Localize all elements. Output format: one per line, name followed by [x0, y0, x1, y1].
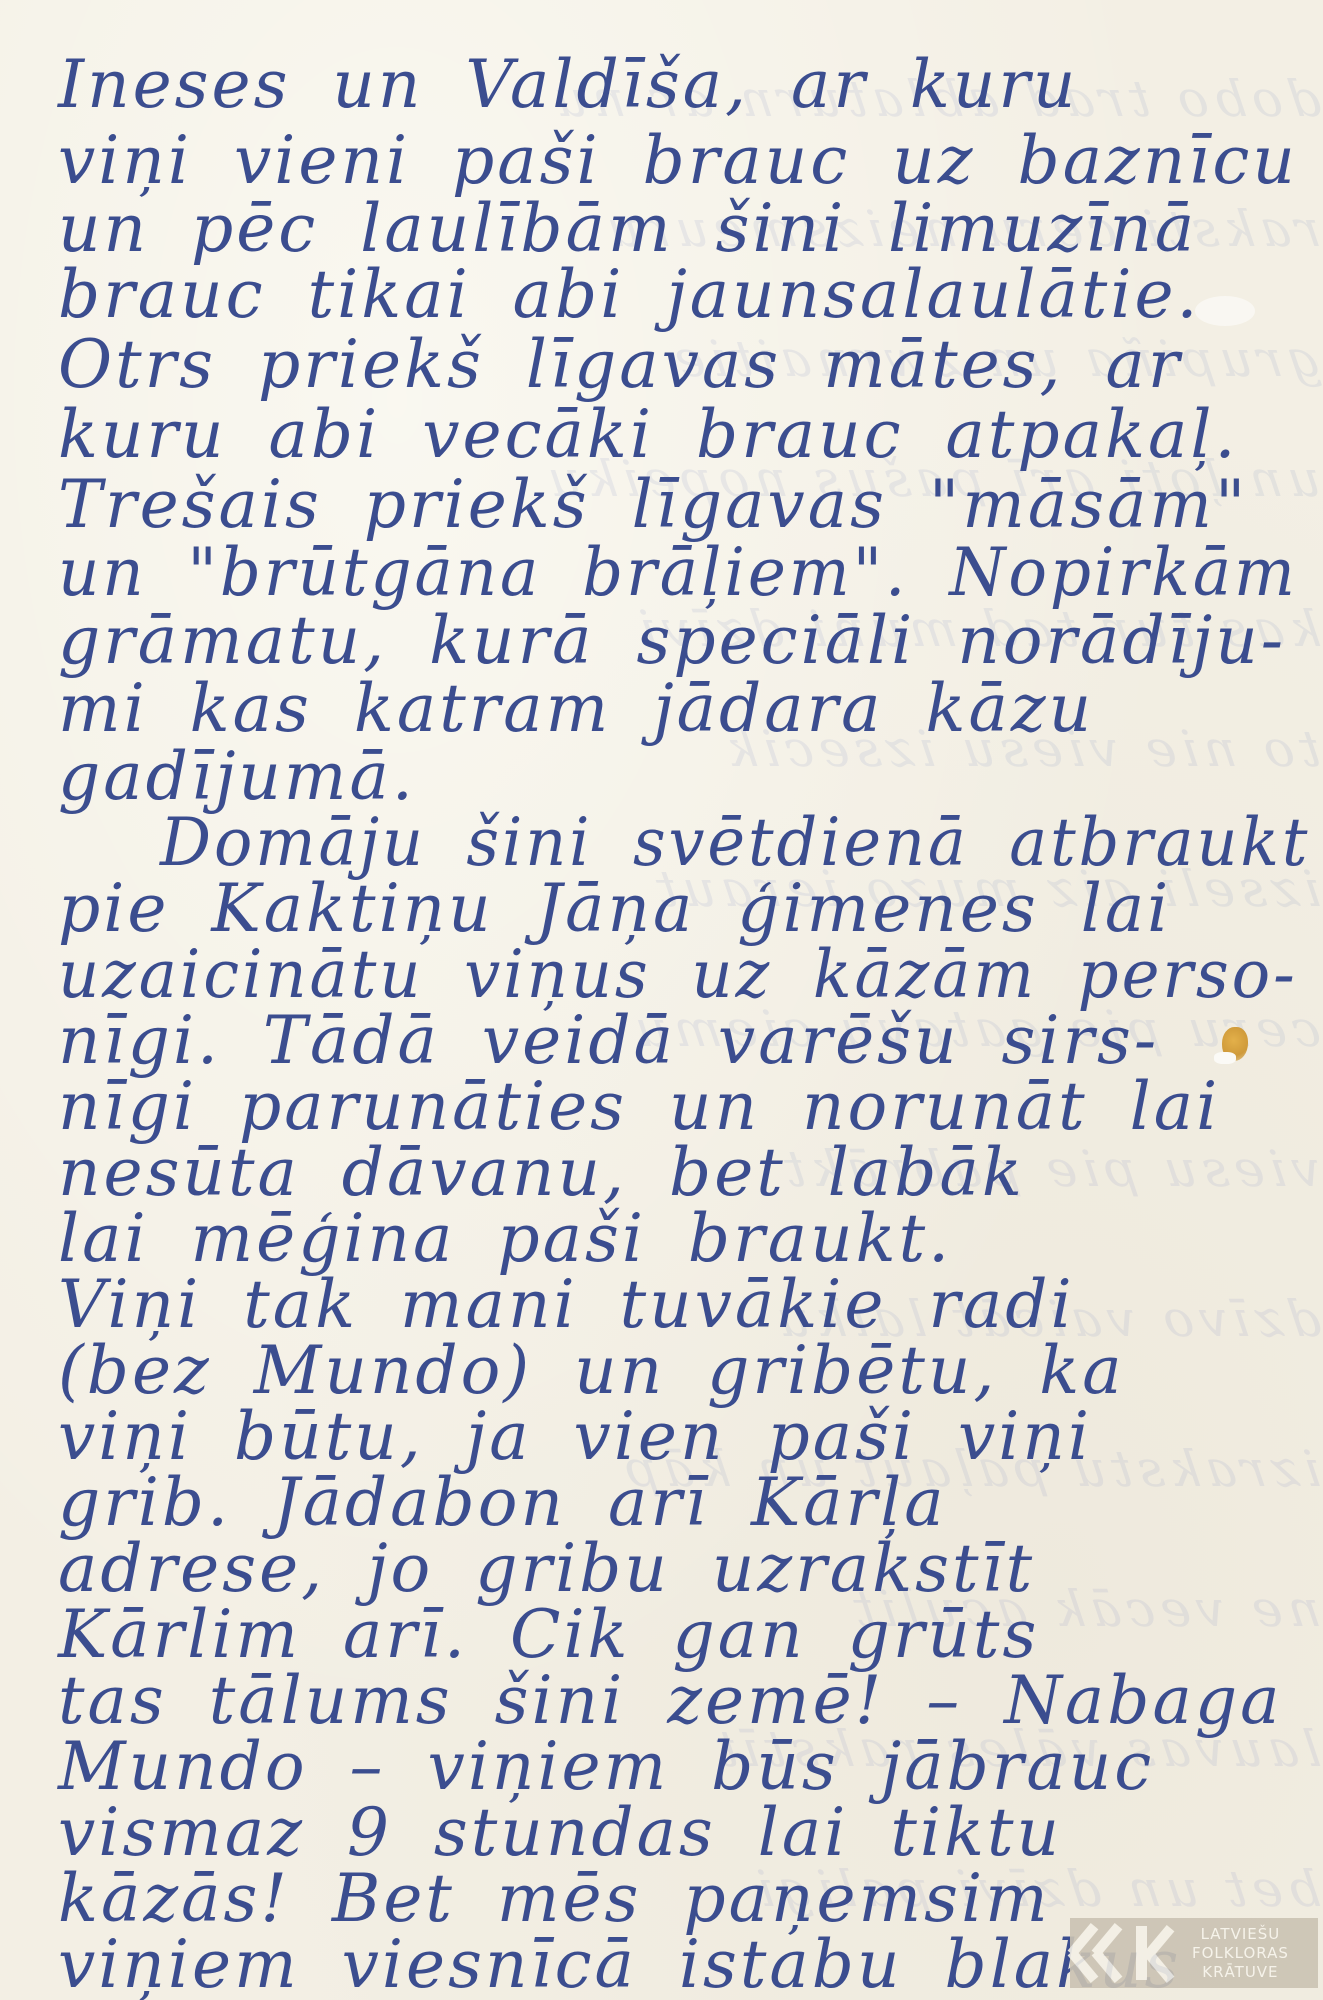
text-line: un "brūtgāna brāļiem". Nopirkām — [58, 540, 1298, 606]
text-line: kāzās! Bet mēs paņemsim — [58, 1866, 1051, 1932]
text-line: viņi būtu, ja vien paši viņi — [58, 1404, 1092, 1470]
text-line: mi kas katram jādara kāzu — [58, 676, 1094, 742]
text-line: pie Kaktiņu Jāņa ģimenes lai — [58, 876, 1171, 942]
text-line: adrese, jo gribu uzrakstīt — [58, 1536, 1035, 1602]
text-line: gadījumā. — [58, 744, 416, 810]
text-line: Trešais priekš līgavas "māsām" — [58, 472, 1248, 538]
text-line: (bez Mundo) un gribētu, ka — [58, 1338, 1125, 1404]
text-line-paragraph-start: Domāju šini svētdienā atbraukt — [160, 810, 1310, 876]
text-line: viņi vieni paši brauc uz baznīcu — [58, 128, 1298, 194]
text-line: Mundo – viņiem būs jābrauc — [58, 1734, 1154, 1800]
lfk-logo-icon — [1070, 1918, 1188, 1988]
text-line: Viņi tak mani tuvākie radi — [58, 1272, 1075, 1338]
text-line: nīgi parunāties un norunāt lai — [58, 1074, 1220, 1140]
text-line: vismaz 9 stundas lai tiktu — [58, 1800, 1062, 1866]
text-line: kuru abi vecāki brauc atpakaļ. — [58, 402, 1238, 468]
text-line: lai mēģina paši braukt. — [58, 1206, 952, 1272]
text-line: nesūta dāvanu, bet labāk — [58, 1140, 1025, 1206]
text-line: grib. Jādabon arī Kārļa — [58, 1470, 947, 1536]
text-line: viņiem viesnīcā istabu blakus — [58, 1932, 1182, 1998]
text-line: brauc tikai abi jaunsalaulātie. — [58, 262, 1200, 328]
logo-line-3: KRĀTUVE — [1202, 1963, 1278, 1982]
logo-text: LATVIEŠU FOLKLORAS KRĀTUVE — [1192, 1925, 1289, 1982]
text-line: un pēc laulībām šini limuzīnā — [58, 196, 1197, 262]
text-line: Ineses un Valdīša, ar kuru — [58, 52, 1078, 118]
handwritten-text: Ineses un Valdīša, ar kuru viņi vieni pa… — [0, 0, 1323, 2000]
logo-line-2: FOLKLORAS — [1192, 1944, 1289, 1963]
archive-logo: LATVIEŠU FOLKLORAS KRĀTUVE — [1070, 1918, 1318, 1988]
text-line: grāmatu, kurā speciāli norādīju- — [58, 608, 1286, 674]
text-line: Otrs priekš līgavas mātes, ar — [58, 332, 1182, 398]
letter-page: dobo trad ablaturn ar nu raksti ceru nei… — [0, 0, 1323, 2000]
logo-line-1: LATVIEŠU — [1201, 1925, 1281, 1944]
text-line: nīgi. Tādā veidā varēšu sirs- — [58, 1008, 1159, 1074]
text-line: Kārlim arī. Cik gan grūts — [58, 1602, 1039, 1668]
text-line: tas tālums šini zemē! – Nabaga — [58, 1668, 1282, 1734]
paper-damage-spot — [1214, 1052, 1236, 1064]
text-line: uzaicinātu viņus uz kāzām perso- — [58, 942, 1298, 1008]
